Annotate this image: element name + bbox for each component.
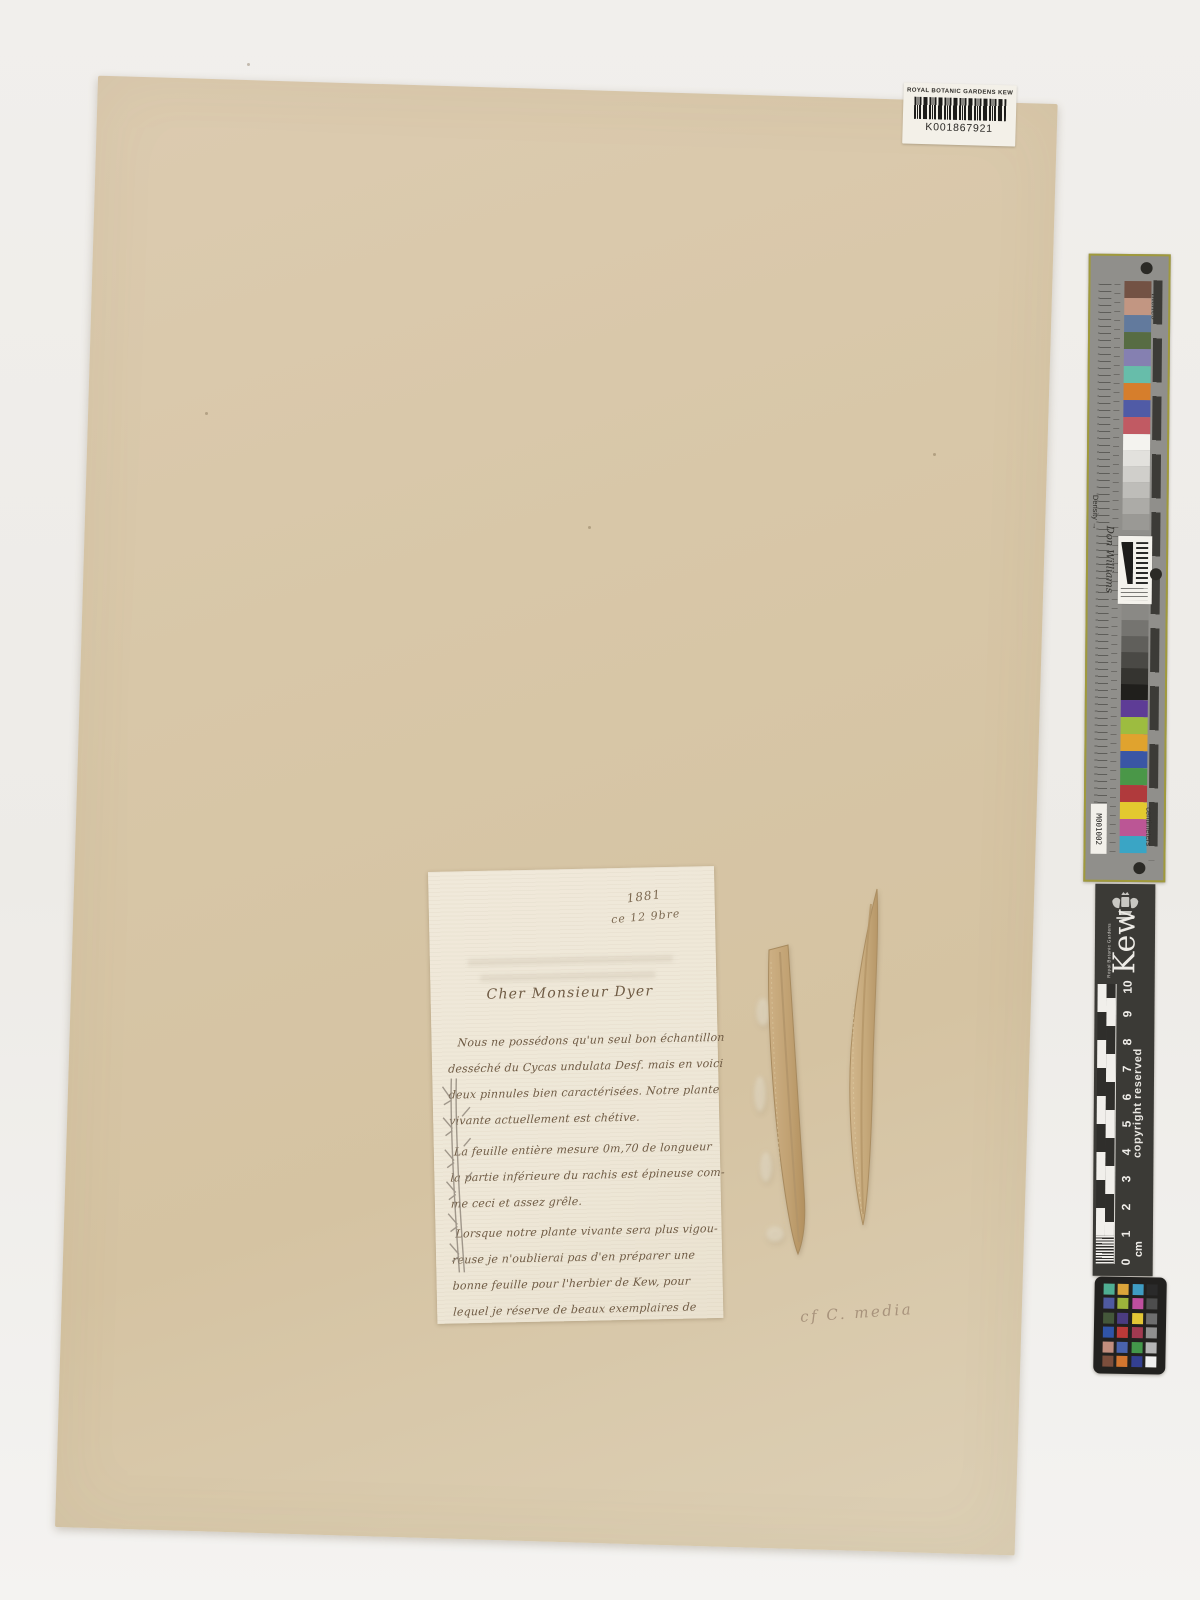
showthrough-mark <box>480 971 655 982</box>
scale-tick-label: 5 <box>1120 1115 1134 1133</box>
mini-step-bars <box>1136 542 1148 584</box>
gray-step <box>1123 434 1150 450</box>
code-label-box: M001002 <box>1091 804 1107 854</box>
color-patch <box>1120 819 1147 836</box>
herbarium-sheet <box>55 76 1058 1556</box>
punch-hole <box>1150 568 1162 580</box>
rachis-sketch <box>434 1076 474 1277</box>
barcode-number: K001867921 <box>902 120 1015 135</box>
color-calibration-bar: inches <box>1083 254 1170 883</box>
checker-swatch <box>1116 1356 1127 1367</box>
gray-step <box>1122 498 1149 514</box>
checker-swatch <box>1131 1342 1142 1353</box>
letter-line: lequel je réserve de beaux exemplaires d… <box>453 1300 716 1319</box>
letter-line: La feuille entière mesure 0m,70 de longu… <box>454 1140 717 1159</box>
letter-line: bonne feuille pour l'herbier de Kew, pou… <box>452 1274 715 1293</box>
density-label: Density → <box>1091 477 1101 547</box>
checker-swatch <box>1147 1284 1158 1295</box>
checker-swatch <box>1102 1327 1113 1338</box>
dust-speck <box>588 526 591 529</box>
signature-label: Don Williams <box>1103 513 1115 605</box>
color-patch <box>1123 417 1150 434</box>
scale-tick-label: 9 <box>1120 1005 1134 1023</box>
gray-step <box>1121 636 1148 652</box>
checker-swatch <box>1103 1298 1114 1309</box>
gray-step <box>1121 652 1148 668</box>
checker-swatch <box>1146 1357 1157 1368</box>
color-patch <box>1120 734 1147 751</box>
checker-swatch <box>1117 1298 1128 1309</box>
checker-swatch <box>1102 1356 1113 1367</box>
centimeters-label: centimeters <box>1144 798 1154 856</box>
kew-brand: Kew <box>1107 907 1142 975</box>
cm-unit-label: cm <box>1133 1238 1147 1260</box>
scale-tick-label: 7 <box>1120 1060 1134 1078</box>
scale-tick-label: 10 <box>1121 978 1135 996</box>
specimen-right <box>850 889 878 1225</box>
letter-date-day: ce 12 9bre <box>611 905 702 926</box>
checker-swatch <box>1103 1283 1114 1294</box>
gray-step <box>1123 482 1150 498</box>
gray-step <box>1121 684 1148 700</box>
checker-swatch <box>1146 1313 1157 1324</box>
letter-line: Nous ne possédons qu'un seul bon échanti… <box>457 1031 720 1050</box>
gray-step <box>1122 514 1149 530</box>
gray-step <box>1121 620 1148 636</box>
letter-line: reuse je n'oublierai pas d'en préparer u… <box>452 1248 715 1267</box>
color-patch <box>1124 332 1151 349</box>
checker-swatch <box>1103 1312 1114 1323</box>
checker-swatch <box>1147 1298 1158 1309</box>
color-patch <box>1120 802 1147 819</box>
code-label: M001002 <box>1094 804 1103 854</box>
punch-hole <box>1133 862 1145 874</box>
gray-step <box>1123 450 1150 466</box>
scale-tick-label: 6 <box>1120 1088 1134 1106</box>
color-patch <box>1121 717 1148 734</box>
letter-date-year: 1881 <box>626 883 697 906</box>
digitized-herbarium-photo: ROYAL BOTANIC GARDENS KEW K001867921 inc… <box>0 0 1200 1600</box>
letter-line: vivante actuellement est chétive. <box>449 1109 712 1128</box>
checker-swatch <box>1132 1327 1143 1338</box>
scale-tick-label: 2 <box>1119 1198 1133 1216</box>
color-patch <box>1124 366 1151 383</box>
letter-salutation: Cher Monsieur Dyer <box>486 982 706 1003</box>
gray-step <box>1121 668 1148 684</box>
dust-speck <box>247 63 250 66</box>
color-patch <box>1120 785 1147 802</box>
color-checker-card <box>1093 1276 1167 1374</box>
cm-scale-blocks <box>1096 984 1116 1264</box>
dust-speck <box>205 412 208 415</box>
gray-step <box>1123 466 1150 482</box>
scale-tick-label: 8 <box>1120 1033 1134 1051</box>
scale-tick-label: 3 <box>1119 1170 1133 1188</box>
color-patch <box>1121 700 1148 717</box>
color-patch <box>1120 751 1147 768</box>
checker-swatch <box>1131 1357 1142 1368</box>
checker-swatch <box>1118 1283 1129 1294</box>
color-patch <box>1124 349 1151 366</box>
letter-paper: 1881 ce 12 9bre Cher Monsieur Dyer Nous … <box>428 866 723 1324</box>
color-patch <box>1120 836 1147 853</box>
checker-swatch <box>1146 1342 1157 1353</box>
mini-caption-lines <box>1121 588 1148 600</box>
barcode-icon <box>913 97 1006 122</box>
checker-swatch <box>1146 1328 1157 1339</box>
checker-swatch <box>1132 1313 1143 1324</box>
letter-line: me ceci et assez grêle. <box>451 1192 714 1211</box>
punch-hole <box>1141 262 1153 274</box>
dust-speck <box>933 453 936 456</box>
checker-swatch <box>1117 1312 1128 1323</box>
color-patch <box>1124 315 1151 332</box>
checker-swatch <box>1102 1341 1113 1352</box>
letter-line: la partie inférieure du rachis est épine… <box>450 1166 713 1185</box>
scale-tick-label: 1 <box>1119 1225 1133 1243</box>
gray-step <box>1122 604 1149 620</box>
specimen-group <box>735 862 905 1272</box>
color-patch <box>1120 768 1147 785</box>
checker-swatch <box>1117 1327 1128 1338</box>
checker-swatch <box>1132 1284 1143 1295</box>
color-patch <box>1123 383 1150 400</box>
checker-swatch <box>1117 1342 1128 1353</box>
showthrough-mark <box>468 955 673 966</box>
gray-wedge-icon <box>1121 542 1133 584</box>
color-patch <box>1124 298 1151 315</box>
color-patch <box>1123 400 1150 417</box>
mini-grayscale-card <box>1118 536 1153 604</box>
specimen-left <box>769 945 805 1254</box>
scale-tick-label: 0 <box>1119 1253 1133 1271</box>
letter-line: Lorsque notre plante vivante sera plus v… <box>455 1222 718 1241</box>
checker-swatch <box>1132 1298 1143 1309</box>
scale-tick-label: 4 <box>1119 1143 1133 1161</box>
letter-line: desséché du Cycas undulata Desf. mais en… <box>448 1057 711 1076</box>
letter-line: deux pinnules bien caractérisées. Notre … <box>448 1083 711 1102</box>
mm-hatch <box>1096 1236 1114 1264</box>
institution-title: ROYAL BOTANIC GARDENS KEW <box>904 87 1017 96</box>
color-patch <box>1124 281 1151 298</box>
barcode-label: ROYAL BOTANIC GARDENS KEW K001867921 <box>902 82 1017 146</box>
kew-scale-ruler: Royal Botanic Gardens Kew copyright rese… <box>1093 884 1156 1276</box>
